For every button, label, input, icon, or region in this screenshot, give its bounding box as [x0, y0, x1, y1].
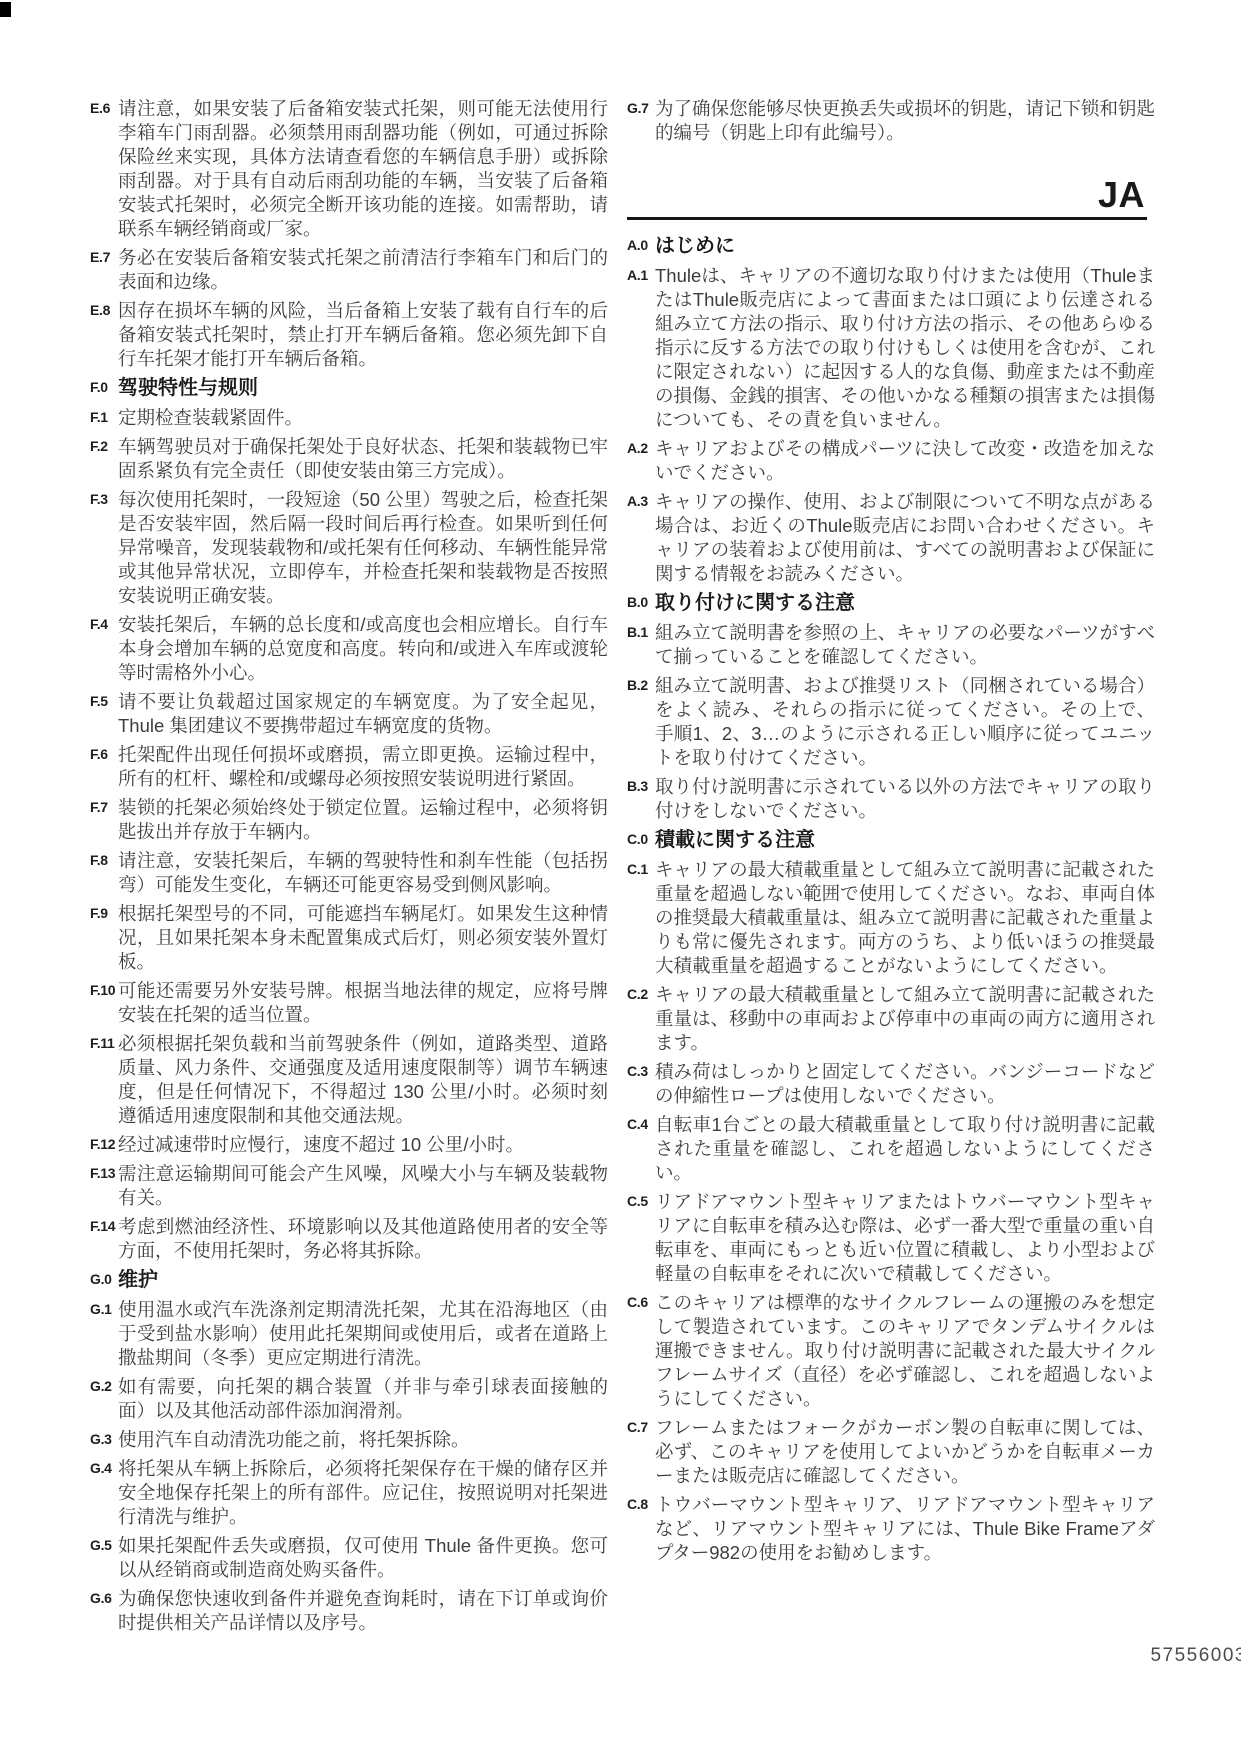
item-text: このキャリアは標準的なサイクルフレームの運搬のみを想定して製造されています。この… [655, 1291, 1155, 1411]
item-label: F.6 [90, 743, 118, 761]
section-header: A.0はじめに [627, 234, 1190, 258]
instruction-item: G.2如有需要，向托架的耦合装置（并非与牵引球表面接触的面）以及其他活动部件添加… [90, 1375, 617, 1423]
instruction-item: F.10可能还需要另外安装号牌。根据当地法律的规定，应将号牌安装在托架的适当位置… [90, 979, 617, 1027]
item-text: トウバーマウント型キャリア、リアドアマウント型キャリアなど、リアマウント型キャリ… [655, 1493, 1155, 1565]
item-text: キャリアの最大積載重量として組み立て説明書に記載された重量を超過しない範囲で使用… [655, 858, 1155, 978]
item-text: 積載に関する注意 [655, 828, 1155, 852]
item-text: キャリアの最大積載重量として組み立て説明書に記載された重量は、移動中の車両および… [655, 983, 1155, 1055]
item-text: 使用温水或汽车洗涤剂定期清洗托架，尤其在沿海地区（由于受到盐水影响）使用此托架期… [118, 1298, 608, 1370]
item-text: 请不要让负载超过国家规定的车辆宽度。为了安全起见，Thule 集团建议不要携带超… [118, 690, 608, 738]
item-label: F.4 [90, 613, 118, 631]
instruction-item: C.2キャリアの最大積載重量として組み立て説明書に記載された重量は、移動中の車両… [627, 983, 1190, 1055]
instruction-item: G.6为确保您快速收到备件并避免查询耗时，请在下订单或询价时提供相关产品详情以及… [90, 1587, 617, 1635]
instruction-item: A.2キャリアおよびその構成パーツに決して改変・改造を加えないでください。 [627, 437, 1190, 485]
instruction-item: E.7务必在安装后备箱安装式托架之前清洁行李箱车门和后门的表面和边缘。 [90, 246, 617, 294]
item-label: G.7 [627, 97, 655, 115]
instruction-item: F.6托架配件出现任何损坏或磨损，需立即更换。运输过程中，所有的杠杆、螺栓和/或… [90, 743, 617, 791]
instruction-item: B.2組み立て説明書、および推奨リスト（同梱されている場合）をよく読み、それらの… [627, 674, 1190, 770]
item-text: 驾驶特性与规则 [118, 376, 608, 400]
item-text: 必须根据托架负载和当前驾驶条件（例如，道路类型、道路质量、风力条件、交通强度及适… [118, 1032, 608, 1128]
item-label: F.1 [90, 406, 118, 424]
instruction-item: F.12经过减速带时应慢行，速度不超过 10 公里/小时。 [90, 1133, 617, 1157]
item-label: B.2 [627, 674, 655, 692]
item-label: B.1 [627, 621, 655, 639]
item-label: C.8 [627, 1493, 655, 1511]
instruction-item: E.6请注意，如果安装了后备箱安装式托架，则可能无法使用行李箱车门雨刮器。必须禁… [90, 97, 617, 241]
instruction-item: C.3積み荷はしっかりと固定してください。バンジーコードなどの伸縮性ロープは使用… [627, 1060, 1190, 1108]
item-text: 可能还需要另外安装号牌。根据当地法律的规定，应将号牌安装在托架的适当位置。 [118, 979, 608, 1027]
item-text: 積み荷はしっかりと固定してください。バンジーコードなどの伸縮性ロープは使用しない… [655, 1060, 1155, 1108]
item-label: F.11 [90, 1032, 118, 1050]
instruction-item: F.8请注意，安装托架后，车辆的驾驶特性和刹车性能（包括拐弯）可能发生变化，车辆… [90, 849, 617, 897]
instruction-item: C.4自転車1台ごとの最大積載重量として取り付け説明書に記載された重量を確認し、… [627, 1113, 1190, 1185]
item-label: C.4 [627, 1113, 655, 1131]
section-header: G.0维护 [90, 1268, 617, 1292]
item-label: F.12 [90, 1133, 118, 1151]
item-label: G.2 [90, 1375, 118, 1393]
item-label: G.3 [90, 1428, 118, 1446]
item-text: 自転車1台ごとの最大積載重量として取り付け説明書に記載された重量を確認し、これを… [655, 1113, 1155, 1185]
item-label: E.6 [90, 97, 118, 115]
item-text: フレームまたはフォークがカーボン製の自転車に関しては、必ず、このキャリアを使用し… [655, 1416, 1155, 1488]
instruction-item: C.5リアドアマウント型キャリアまたはトウバーマウント型キャリアに自転車を積み込… [627, 1190, 1190, 1286]
item-text: はじめに [655, 234, 1155, 258]
instruction-item: F.13需注意运输期间可能会产生风噪，风噪大小与车辆及装载物有关。 [90, 1162, 617, 1210]
item-label: G.1 [90, 1298, 118, 1316]
right-column: G.7为了确保您能够尽快更换丢失或损坏的钥匙，请记下锁和钥匙的编号（钥匙上印有此… [627, 97, 1190, 1570]
item-text: 取り付けに関する注意 [655, 591, 1155, 615]
section-header: C.0積載に関する注意 [627, 828, 1190, 852]
instruction-item: C.6このキャリアは標準的なサイクルフレームの運搬のみを想定して製造されています… [627, 1291, 1190, 1411]
instruction-item: F.7装锁的托架必须始终处于锁定位置。运输过程中，必须将钥匙拔出并存放于车辆内。 [90, 796, 617, 844]
section-header: B.0取り付けに関する注意 [627, 591, 1190, 615]
document-number: 57556003 [1150, 1645, 1241, 1667]
instruction-item: G.1使用温水或汽车洗涤剂定期清洗托架，尤其在沿海地区（由于受到盐水影响）使用此… [90, 1298, 617, 1370]
item-text: 请注意，如果安装了后备箱安装式托架，则可能无法使用行李箱车门雨刮器。必须禁用雨刮… [118, 97, 608, 241]
item-label: G.6 [90, 1587, 118, 1605]
language-tag: JA [627, 177, 1147, 213]
item-label: G.0 [90, 1268, 118, 1286]
item-label: A.1 [627, 264, 655, 282]
item-text: 将托架从车辆上拆除后，必须将托架保存在干燥的储存区并安全地保存托架上的所有部件。… [118, 1457, 608, 1529]
item-text: 組み立て説明書、および推奨リスト（同梱されている場合）をよく読み、それらの指示に… [655, 674, 1155, 770]
left-column: E.6请注意，如果安装了后备箱安装式托架，则可能无法使用行李箱车门雨刮器。必须禁… [90, 97, 617, 1640]
item-label: B.0 [627, 591, 655, 609]
item-label: F.0 [90, 376, 118, 394]
instruction-item: B.3取り付け説明書に示されている以外の方法でキャリアの取り付けをしないでくださ… [627, 775, 1190, 823]
item-text: 务必在安装后备箱安装式托架之前清洁行李箱车门和后门的表面和边缘。 [118, 246, 608, 294]
instruction-item: C.8トウバーマウント型キャリア、リアドアマウント型キャリアなど、リアマウント型… [627, 1493, 1190, 1565]
right-column-top: G.7为了确保您能够尽快更换丢失或损坏的钥匙，请记下锁和钥匙的编号（钥匙上印有此… [627, 97, 1190, 145]
item-label: F.2 [90, 435, 118, 453]
item-text: 请注意，安装托架后，车辆的驾驶特性和刹车性能（包括拐弯）可能发生变化，车辆还可能… [118, 849, 608, 897]
instruction-item: C.7フレームまたはフォークがカーボン製の自転車に関しては、必ず、このキャリアを… [627, 1416, 1190, 1488]
instruction-item: G.7为了确保您能够尽快更换丢失或损坏的钥匙，请记下锁和钥匙的编号（钥匙上印有此… [627, 97, 1190, 145]
item-text: 装锁的托架必须始终处于锁定位置。运输过程中，必须将钥匙拔出并存放于车辆内。 [118, 796, 608, 844]
item-text: 经过减速带时应慢行，速度不超过 10 公里/小时。 [118, 1133, 608, 1157]
item-label: G.4 [90, 1457, 118, 1475]
instruction-item: F.1定期检查装载紧固件。 [90, 406, 617, 430]
item-text: 托架配件出现任何损坏或磨损，需立即更换。运输过程中，所有的杠杆、螺栓和/或螺母必… [118, 743, 608, 791]
instruction-item: F.5请不要让负载超过国家规定的车辆宽度。为了安全起见，Thule 集团建议不要… [90, 690, 617, 738]
instruction-item: F.9根据托架型号的不同，可能遮挡车辆尾灯。如果发生这种情况，且如果托架本身未配… [90, 902, 617, 974]
item-label: B.3 [627, 775, 655, 793]
item-text: 根据托架型号的不同，可能遮挡车辆尾灯。如果发生这种情况，且如果托架本身未配置集成… [118, 902, 608, 974]
item-label: F.10 [90, 979, 118, 997]
instruction-item: C.1キャリアの最大積載重量として組み立て説明書に記載された重量を超過しない範囲… [627, 858, 1190, 978]
item-text: 取り付け説明書に示されている以外の方法でキャリアの取り付けをしないでください。 [655, 775, 1155, 823]
item-label: F.13 [90, 1162, 118, 1180]
item-label: C.3 [627, 1060, 655, 1078]
instruction-item: F.4安装托架后，车辆的总长度和/或高度也会相应增长。自行车本身会增加车辆的总宽… [90, 613, 617, 685]
item-label: F.5 [90, 690, 118, 708]
item-text: 为确保您快速收到备件并避免查询耗时，请在下订单或询价时提供相关产品详情以及序号。 [118, 1587, 608, 1635]
item-text: 使用汽车自动清洗功能之前，将托架拆除。 [118, 1428, 608, 1452]
instruction-item: G.5如果托架配件丢失或磨损，仅可使用 Thule 备件更换。您可以从经销商或制… [90, 1534, 617, 1582]
instruction-item: F.11必须根据托架负载和当前驾驶条件（例如，道路类型、道路质量、风力条件、交通… [90, 1032, 617, 1128]
item-text: リアドアマウント型キャリアまたはトウバーマウント型キャリアに自転車を積み込む際は… [655, 1190, 1155, 1286]
instruction-item: E.8因存在损坏车辆的风险，当后备箱上安装了载有自行车的后备箱安装式托架时，禁止… [90, 299, 617, 371]
item-label: E.7 [90, 246, 118, 264]
instruction-item: G.4将托架从车辆上拆除后，必须将托架保存在干燥的储存区并安全地保存托架上的所有… [90, 1457, 617, 1529]
item-text: 考虑到燃油经济性、环境影响以及其他道路使用者的安全等方面，不使用托架时，务必将其… [118, 1215, 608, 1263]
item-label: C.1 [627, 858, 655, 876]
item-label: A.3 [627, 490, 655, 508]
instruction-item: G.3使用汽车自动清洗功能之前，将托架拆除。 [90, 1428, 617, 1452]
registration-mark [0, 2, 11, 17]
instruction-item: F.3每次使用托架时，一段短途（50 公里）驾驶之后，检查托架是否安装牢固，然后… [90, 488, 617, 608]
item-text: 定期检查装载紧固件。 [118, 406, 608, 430]
item-label: F.9 [90, 902, 118, 920]
item-label: C.6 [627, 1291, 655, 1309]
item-label: A.2 [627, 437, 655, 455]
item-label: F.8 [90, 849, 118, 867]
item-label: G.5 [90, 1534, 118, 1552]
item-text: 为了确保您能够尽快更换丢失或损坏的钥匙，请记下锁和钥匙的编号（钥匙上印有此编号）… [655, 97, 1155, 145]
item-text: 如果托架配件丢失或磨损，仅可使用 Thule 备件更换。您可以从经销商或制造商处… [118, 1534, 608, 1582]
item-text: 因存在损坏车辆的风险，当后备箱上安装了载有自行车的后备箱安装式托架时，禁止打开车… [118, 299, 608, 371]
language-divider-rule [627, 217, 1147, 220]
instruction-item: A.3キャリアの操作、使用、および制限について不明な点がある場合は、お近くのTh… [627, 490, 1190, 586]
instruction-item: F.2车辆驾驶员对于确保托架处于良好状态、托架和装载物已牢固系紧负有完全责任（即… [90, 435, 617, 483]
item-label: C.7 [627, 1416, 655, 1434]
item-label: A.0 [627, 234, 655, 252]
item-label: C.5 [627, 1190, 655, 1208]
item-label: F.3 [90, 488, 118, 506]
manual-page: E.6请注意，如果安装了后备箱安装式托架，则可能无法使用行李箱车门雨刮器。必须禁… [0, 0, 1241, 1754]
item-text: 組み立て説明書を参照の上、キャリアの必要なパーツがすべて揃っていることを確認して… [655, 621, 1155, 669]
item-text: 每次使用托架时，一段短途（50 公里）驾驶之后，检查托架是否安装牢固，然后隔一段… [118, 488, 608, 608]
instruction-item: F.14考虑到燃油经济性、环境影响以及其他道路使用者的安全等方面，不使用托架时，… [90, 1215, 617, 1263]
instruction-item: A.1Thuleは、キャリアの不適切な取り付けまたは使用（ThuleまたはThu… [627, 264, 1190, 432]
item-text: 需注意运输期间可能会产生风噪，风噪大小与车辆及装载物有关。 [118, 1162, 608, 1210]
item-label: C.0 [627, 828, 655, 846]
item-text: キャリアおよびその構成パーツに決して改変・改造を加えないでください。 [655, 437, 1155, 485]
item-text: 安装托架后，车辆的总长度和/或高度也会相应增长。自行车本身会增加车辆的总宽度和高… [118, 613, 608, 685]
instruction-item: B.1組み立て説明書を参照の上、キャリアの必要なパーツがすべて揃っていることを確… [627, 621, 1190, 669]
item-label: F.14 [90, 1215, 118, 1233]
item-text: キャリアの操作、使用、および制限について不明な点がある場合は、お近くのThule… [655, 490, 1155, 586]
section-header: F.0驾驶特性与规则 [90, 376, 617, 400]
item-label: E.8 [90, 299, 118, 317]
item-text: Thuleは、キャリアの不適切な取り付けまたは使用（ThuleまたはThule販… [655, 264, 1155, 432]
item-text: 维护 [118, 1268, 608, 1292]
language-section-header: JA [627, 177, 1147, 220]
item-label: C.2 [627, 983, 655, 1001]
item-label: F.7 [90, 796, 118, 814]
item-text: 车辆驾驶员对于确保托架处于良好状态、托架和装载物已牢固系紧负有完全责任（即使安装… [118, 435, 608, 483]
right-column-main: A.0はじめにA.1Thuleは、キャリアの不適切な取り付けまたは使用（Thul… [627, 234, 1190, 1565]
item-text: 如有需要，向托架的耦合装置（并非与牵引球表面接触的面）以及其他活动部件添加润滑剂… [118, 1375, 608, 1423]
